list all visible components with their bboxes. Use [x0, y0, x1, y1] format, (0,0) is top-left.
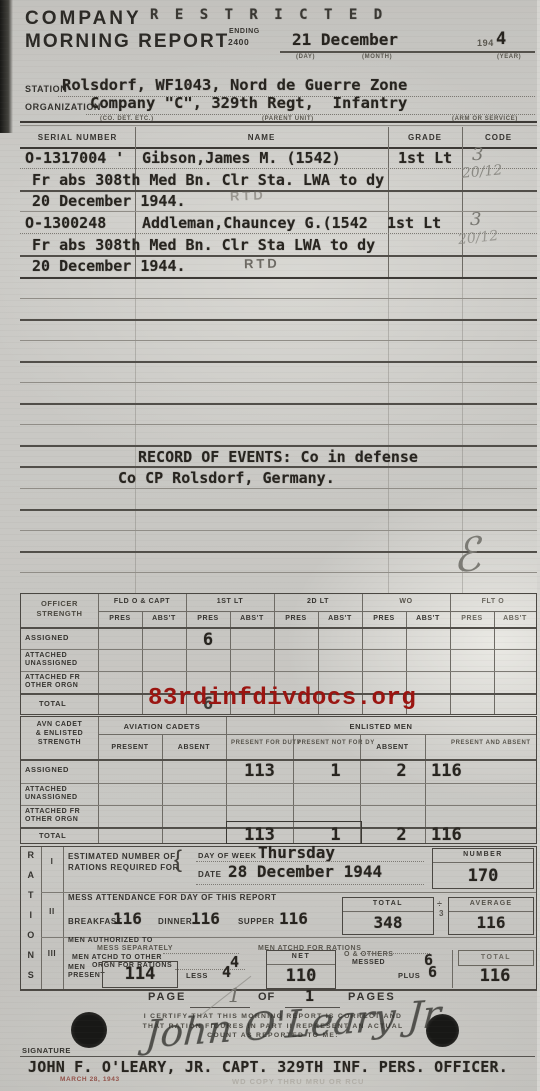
rule [20, 298, 537, 299]
rule [175, 969, 245, 970]
os-assigned-1stlt-pres-value: 6 [186, 630, 230, 650]
es-group-enlisted-men: ENLISTED MEN [226, 722, 536, 731]
punch-hole-left [71, 1012, 107, 1048]
mess-average-value: 116 [449, 913, 533, 932]
signature-script: John O'Leary Jr [144, 992, 443, 1057]
rule [20, 340, 537, 341]
os-sub-pres: PRES [274, 615, 318, 622]
es-col-absent: ABSENT [162, 744, 226, 751]
os-row-attached-unassigned-1: ATTACHED [25, 652, 67, 659]
divide-number: 3 [439, 909, 444, 918]
day-label: (DAY) [296, 54, 315, 60]
rations-grand-total-value: 116 [458, 966, 532, 986]
net-value: 110 [267, 966, 335, 986]
rule [20, 125, 537, 126]
rule [20, 361, 537, 363]
es-col-present: PRESENT [98, 744, 162, 751]
rule [21, 671, 536, 672]
form-title-line2: MORNING REPORT [25, 31, 229, 53]
ending-time: 2400 [228, 37, 249, 47]
es-title-line2: & ENLISTED [21, 730, 98, 737]
rule [98, 734, 536, 735]
record-of-events-line2: Co CP Rolsdorf, Germany. [118, 469, 335, 487]
rations-grand-total-label: TOTAL [459, 954, 533, 961]
enlisted-strength-table: AVN CADET & ENLISTED STRENGTH AVIATION C… [20, 716, 537, 844]
net-box: NET 110 [266, 950, 336, 989]
rations-letter-r: R [21, 850, 41, 860]
rations-letter-t: T [21, 890, 41, 900]
es-col-present-for-duty: PRESENT FOR DUTY [231, 740, 288, 748]
es-row-assigned: ASSIGNED [25, 765, 69, 774]
rations-letter-n: N [21, 950, 41, 960]
rations-row1-numeral: I [41, 857, 63, 866]
less-value: 4 [222, 963, 231, 981]
date-label: DATE [198, 870, 222, 879]
rule [20, 445, 537, 447]
dinner-label: DINNER [158, 917, 192, 926]
copy-routing-note: WD COPY THRU MRU OR RCU [232, 1077, 364, 1086]
rule [98, 611, 536, 612]
es-assigned-pnfd: 1 [311, 761, 360, 781]
os-sub-abst: ABS'T [230, 615, 274, 622]
roster-r4-code-handwritten: 3 [470, 209, 481, 230]
os-sub-pres: PRES [450, 615, 494, 622]
plus-value: 6 [428, 963, 437, 981]
rule [21, 805, 536, 806]
vrule [388, 277, 389, 593]
es-total-absent: 2 [378, 825, 425, 845]
es-total-pfd: 113 [226, 825, 293, 845]
o-and-others-label-1: O & OTHERS [344, 951, 394, 958]
roster-col-code: CODE [462, 133, 535, 142]
os-sub-pres: PRES [362, 615, 406, 622]
roster-r3-text: 20 December 1944. [32, 192, 186, 210]
rule [21, 783, 536, 784]
os-row-attached-fr-2: OTHER ORGN [25, 682, 78, 689]
form-date: MARCH 28, 1943 [60, 1076, 120, 1083]
roster-r1-serial: O-1317004 ' [25, 149, 124, 167]
rule [20, 121, 537, 123]
rule [472, 51, 535, 53]
rations-row3-numeral: III [41, 949, 63, 958]
rule [20, 168, 537, 169]
os-row-attached-fr-1: ATTACHED FR [25, 674, 80, 681]
vrule [41, 847, 42, 989]
os-group-fldo-capt: FLD O & CAPT [98, 598, 186, 605]
estimated-rations-label-2: RATIONS REQUIRED FOR [68, 863, 179, 872]
rule [21, 649, 536, 650]
rule [163, 953, 239, 954]
month-label: (MONTH) [362, 54, 392, 60]
page-label: PAGE [148, 991, 186, 1003]
rations-letter-s: S [21, 970, 41, 980]
rule [449, 911, 533, 912]
rule [280, 51, 472, 53]
os-sub-pres: PRES [98, 615, 142, 622]
mess-attendance-label: MESS ATTENDANCE FOR DAY OF THIS REPORT [68, 893, 277, 902]
os-sub-pres: PRES [186, 615, 230, 622]
rule [433, 862, 533, 863]
vrule [63, 847, 64, 989]
supper-value: 116 [279, 909, 308, 928]
rule [20, 319, 537, 321]
men-present-value: 114 [103, 964, 177, 984]
vrule [98, 717, 99, 843]
record-of-events-line1: RECORD OF EVENTS: Co in defense [138, 448, 418, 466]
vrule [450, 594, 451, 714]
ending-label: ENDING [229, 28, 260, 35]
day-of-week-label: DAY OF WEEK [198, 851, 257, 860]
es-title-line1: AVN CADET [21, 721, 98, 728]
report-date-value: 21 December [292, 30, 398, 49]
roster-r4-name: Addleman,Chauncey G.(1542 [142, 214, 368, 232]
es-row-attached-unassigned-2: UNASSIGNED [25, 794, 78, 801]
rule [21, 627, 536, 629]
of-label: OF [258, 991, 275, 1003]
roster-r2-pencil-date: 20/12 [461, 162, 503, 181]
es-assigned-absent: 2 [378, 761, 425, 781]
present-label: PRESENT [68, 972, 105, 979]
rule [20, 1056, 535, 1057]
os-sub-abst: ABS'T [494, 615, 536, 622]
number-value: 170 [433, 866, 533, 886]
mess-total-box: TOTAL 348 [342, 897, 434, 935]
divide-sign: ÷ [437, 899, 443, 909]
form-title-line1: COMPANY [25, 8, 142, 30]
photo-edge-shadow [0, 0, 13, 133]
os-row-assigned: ASSIGNED [25, 633, 69, 642]
es-row-total: TOTAL [39, 831, 66, 840]
rule [343, 911, 433, 912]
rations-row2-numeral: II [41, 907, 63, 916]
rule [20, 509, 537, 511]
roster-r6-text: 20 December 1944. [32, 257, 186, 275]
rule [20, 466, 537, 468]
roster-col-name: NAME [135, 133, 388, 142]
es-col-present-not-for-dy: PRESENT NOT FOR DY [297, 740, 356, 748]
es-total-pnfd: 1 [311, 825, 360, 845]
breakfast-value: 116 [113, 909, 142, 928]
os-row-total: TOTAL [39, 699, 66, 708]
os-sub-abst: ABS'T [318, 615, 362, 622]
mess-total-label: TOTAL [343, 900, 433, 907]
roster-r5-text: Fr abs 308th Med Bn. Clr Sta LWA to dy [32, 236, 375, 254]
rule [196, 884, 424, 885]
es-row-attached-fr-2: OTHER ORGN [25, 816, 78, 823]
roster-r6-rtd-stamp: RTD [244, 256, 280, 272]
mess-average-label: AVERAGE [449, 900, 533, 907]
men-authorized-label-1: MEN AUTHORIZED TO [68, 937, 153, 944]
es-group-aviation-cadets: AVIATION CADETS [98, 722, 226, 731]
men-label: MEN [68, 964, 85, 971]
os-row-attached-unassigned-2: UNASSIGNED [25, 660, 78, 667]
men-atchd-other-label-1: MEN ATCHD TO OTHER [72, 954, 162, 961]
pencil-check-mark: ℰ [449, 527, 482, 584]
rule [20, 211, 537, 212]
certifying-officer-typed-name: JOHN F. O'LEARY, JR. CAPT. 329TH INF. PE… [28, 1058, 508, 1076]
plus-label: PLUS [398, 971, 420, 980]
es-assigned-pfd: 113 [226, 761, 293, 781]
organization-value: Company "C", 329th Regt, Infantry [90, 94, 407, 112]
page-number-handwritten: 1 [228, 983, 241, 1007]
net-label: NET [267, 953, 335, 960]
os-group-2dlt: 2D LT [274, 598, 362, 605]
restricted-stamp: R E S T R I C T E D [150, 7, 386, 23]
station-value: Rolsdorf, WF1043, Nord de Guerre Zone [62, 76, 407, 94]
rations-letter-a: A [21, 870, 41, 880]
vrule [135, 277, 136, 593]
men-authorized-label-2: MESS SEPARATELY [97, 945, 173, 952]
year-label: (YEAR) [497, 54, 521, 60]
roster-r1-name: Gibson,James M. (1542) [142, 149, 341, 167]
rule [20, 403, 537, 405]
vrule [452, 950, 453, 988]
roster-col-grade: GRADE [388, 133, 462, 142]
year-typed: 4 [496, 29, 506, 49]
year-printed: 194 [477, 38, 494, 48]
rations-grand-total-label-box: TOTAL [458, 950, 534, 966]
less-label: LESS [186, 971, 208, 980]
rule [20, 488, 537, 489]
os-group-flto: FLT O [450, 598, 536, 605]
es-col-absent-en: ABSENT [360, 744, 425, 751]
es-row-attached-fr-1: ATTACHED FR [25, 808, 80, 815]
es-col-present-and-absent: PRESENT AND ABSENT [451, 740, 511, 748]
rations-letter-o: O [21, 930, 41, 940]
dinner-value: 116 [191, 909, 220, 928]
roster-r3-rtd-stamp: RTD [230, 187, 266, 203]
rations-letter-i: I [21, 910, 41, 920]
os-sub-abst: ABS'T [142, 615, 186, 622]
rule [20, 382, 537, 383]
rule [267, 964, 335, 965]
rule [86, 114, 535, 115]
os-group-wo: WO [362, 598, 450, 605]
morning-report-document: COMPANY R E S T R I C T E D MORNING REPO… [0, 0, 540, 1091]
number-box: NUMBER 170 [432, 848, 534, 889]
o-and-others-label-2: MESSED [352, 959, 385, 966]
es-total-present-and-absent: 116 [431, 825, 462, 845]
estimated-rations-label-1: ESTIMATED NUMBER OF [68, 852, 176, 861]
supper-label: SUPPER [238, 917, 275, 926]
brace-glyph: { [174, 846, 183, 874]
men-present-box: 114 [102, 961, 178, 988]
mess-total-value: 348 [343, 913, 433, 932]
roster-r2-text: Fr abs 308th Med Bn. Clr Sta. LWA to dy [32, 171, 384, 189]
roster-r4-serial: O-1300248 [25, 214, 106, 232]
day-of-week-value: Thursday [258, 843, 335, 862]
roster-col-serial: SERIAL NUMBER [20, 133, 135, 142]
roster-r4-grade: 1st Lt [387, 214, 441, 232]
os-title-line1: OFFICER [21, 599, 98, 608]
date-value: 28 December 1944 [228, 862, 382, 881]
rule [20, 424, 537, 425]
number-label: NUMBER [433, 851, 533, 858]
rule [20, 277, 537, 279]
site-watermark: 83rdinfdivdocs.org [148, 685, 416, 712]
roster-r5-pencil-date: 20/12 [457, 228, 499, 248]
signature-label: SIGNATURE [22, 1046, 71, 1055]
os-sub-abst: ABS'T [406, 615, 450, 622]
es-row-attached-unassigned-1: ATTACHED [25, 786, 67, 793]
mess-average-box: AVERAGE 116 [448, 897, 534, 935]
roster-r1-code-handwritten: 3 [472, 144, 483, 165]
es-title-line3: STRENGTH [21, 739, 98, 746]
os-title-line2: STRENGTH [21, 609, 98, 618]
roster-r1-grade: 1st Lt [398, 149, 452, 167]
es-assigned-present-and-absent: 116 [431, 761, 462, 781]
os-group-1stlt: 1ST LT [186, 598, 274, 605]
vrule [98, 594, 99, 714]
